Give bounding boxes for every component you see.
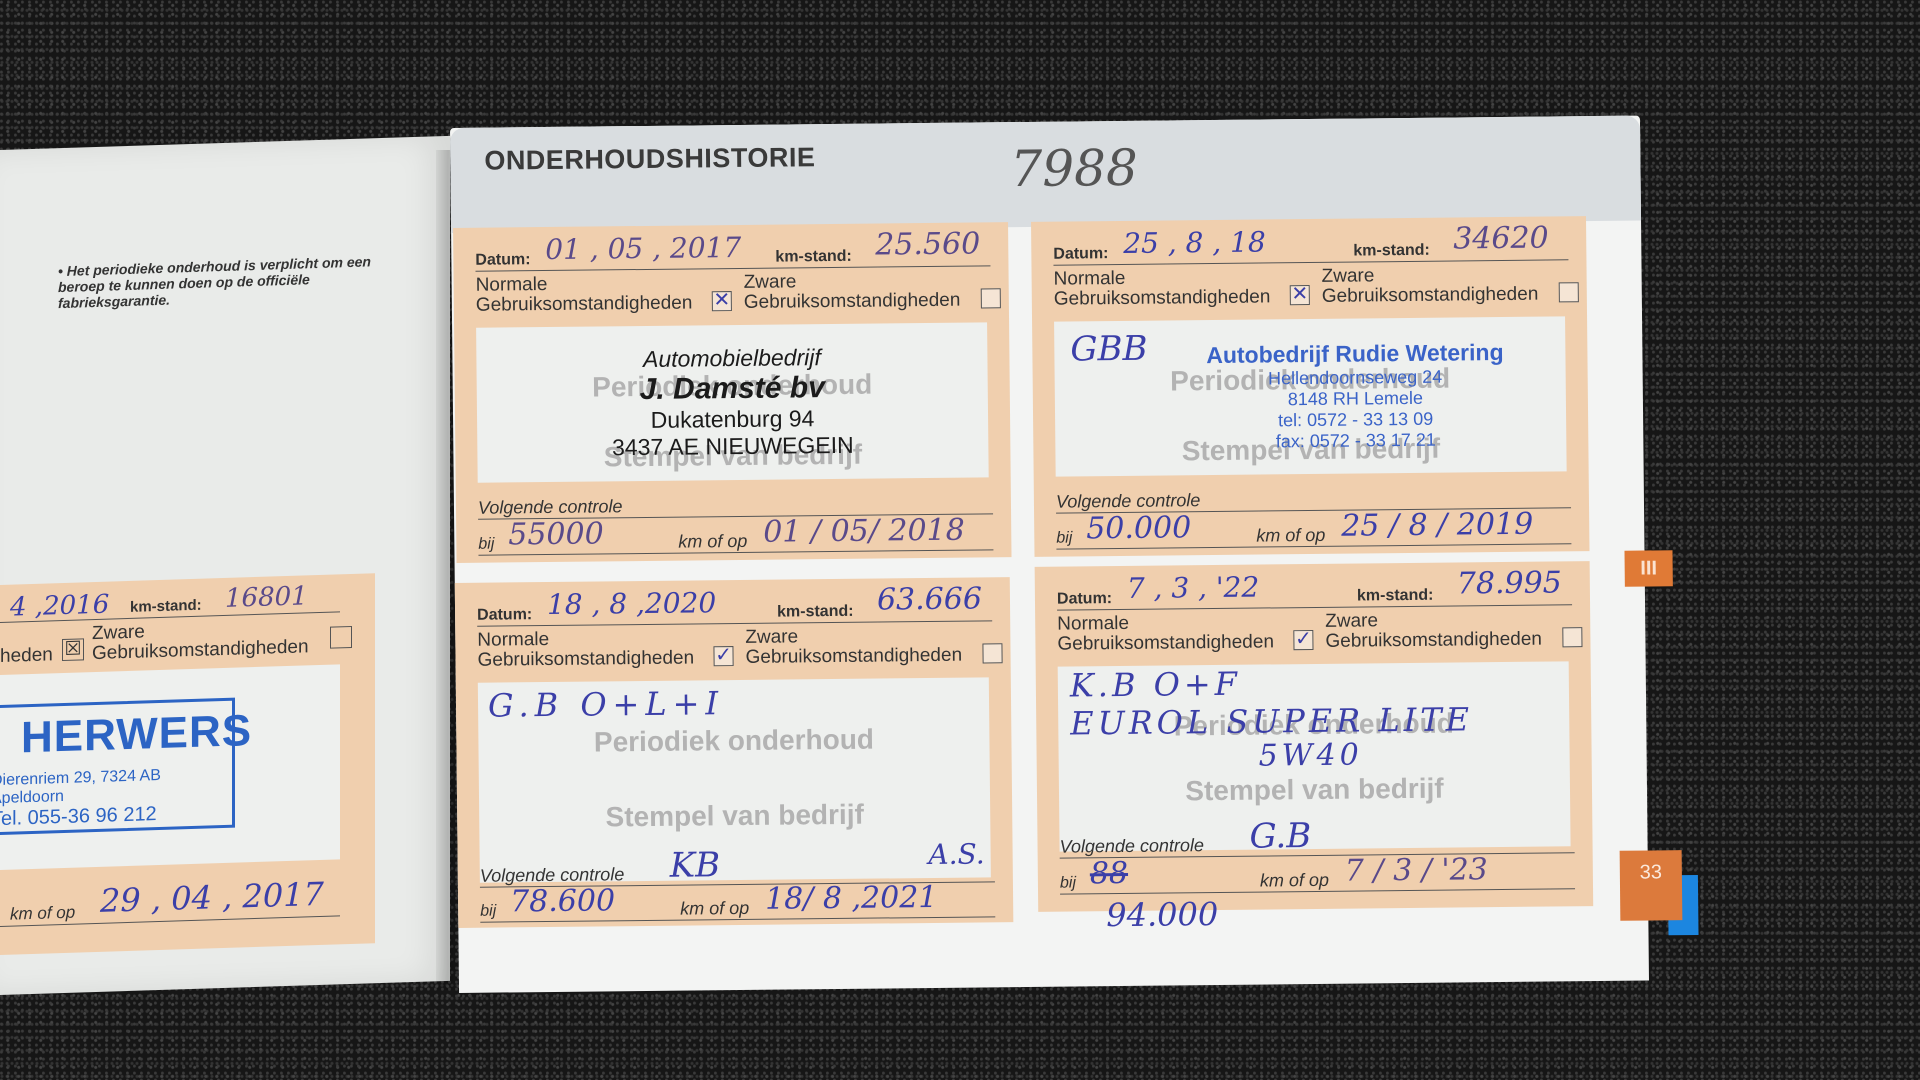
km-stand-label: km-stand: bbox=[1353, 242, 1430, 261]
conditions-row: NormaleGebruiksomstandigheden ✓ ZwareGeb… bbox=[477, 625, 992, 674]
next-date-row: km of op 29 , 04 , 2017 bbox=[0, 874, 340, 927]
date-row: 4 ,2016 km-stand: 16801 bbox=[0, 582, 340, 623]
next-km-crossed-value: 88 bbox=[1090, 856, 1129, 891]
normal-conditions-label: NormaleGebruiksomstandigheden bbox=[1057, 612, 1274, 654]
next-check-label: Volgende controle bbox=[1056, 490, 1201, 513]
handwritten-number: 7988 bbox=[1010, 139, 1138, 198]
heavy-conditions-label: ZwareGebruiksomstandigheden bbox=[744, 271, 961, 313]
conditions-row: NormaleGebruiksomstandigheden ✓ ZwareGeb… bbox=[1057, 609, 1572, 658]
next-km-row: bij 78.600 km of op 18/ 8 ,2021 bbox=[480, 885, 995, 922]
maintenance-entry-3: Datum: 18 , 8 ,2020 km-stand: 63.666 Nor… bbox=[455, 577, 1014, 928]
heavy-conditions-label: ZwareGebruiksomstandigheden bbox=[1325, 610, 1542, 652]
date-row: Datum: 18 , 8 ,2020 km-stand: 63.666 bbox=[477, 587, 992, 626]
km-stand-value: 25.560 bbox=[875, 226, 980, 262]
date-value: 01 , 05 , 2017 bbox=[545, 231, 741, 266]
handwritten-note-line-3: 5W40 bbox=[1258, 737, 1362, 773]
date-label: Datum: bbox=[1057, 590, 1112, 609]
next-check-note: G.B bbox=[1249, 816, 1311, 857]
next-km-row: bij 50.000 km of op 25 / 8 / 2019 bbox=[1056, 512, 1571, 549]
next-km-row: bij 88 km of op 7 / 3 / '23 bbox=[1060, 857, 1575, 894]
maintenance-entry-2: Datum: 25 , 8 , 18 km-stand: 34620 Norma… bbox=[1031, 216, 1589, 557]
watermark-service: Periodiek onderhoud bbox=[478, 722, 989, 759]
date-row: Datum: 01 , 05 , 2017 km-stand: 25.560 bbox=[475, 232, 990, 271]
stamp-company-name: HERWERS bbox=[0, 707, 224, 764]
normal-label-1: Normale bbox=[476, 274, 548, 296]
stamp-area: HERWERS Dierenriem 29, 7324 AB Apeldoorn… bbox=[0, 664, 340, 870]
next-km-value: 55000 bbox=[508, 516, 604, 552]
heavy-conditions-checkbox[interactable] bbox=[982, 643, 1002, 663]
stamp-line-5: fax: 0572 - 33 17 21 bbox=[1145, 428, 1566, 453]
km-stand-label: km-stand: bbox=[130, 597, 202, 616]
date-row: Datum: 25 , 8 , 18 km-stand: 34620 bbox=[1053, 226, 1568, 265]
handwritten-note: G.B O+L+I bbox=[488, 684, 724, 724]
at-label: bij bbox=[1056, 530, 1072, 548]
maintenance-entry-1: Datum: 01 , 05 , 2017 km-stand: 25.560 N… bbox=[453, 222, 1011, 563]
normal-label-2: Gebruiksomstandigheden bbox=[1057, 631, 1274, 654]
heavy-label-2: Gebruiksomstandigheden bbox=[1322, 284, 1539, 307]
normal-label-1: Normale bbox=[1057, 613, 1129, 635]
maintenance-entry-4: Datum: 7 , 3 , '22 km-stand: 78.995 Norm… bbox=[1035, 561, 1594, 912]
km-stand-label: km-stand: bbox=[775, 248, 852, 267]
next-date-value: 18/ 8 ,2021 bbox=[765, 880, 938, 917]
watermark-stamp: Stempel van bedrijf bbox=[479, 797, 990, 834]
heavy-conditions-checkbox[interactable] bbox=[330, 626, 352, 649]
corrected-next-km: 94.000 bbox=[1106, 895, 1218, 934]
km-or-on-label: km of op bbox=[680, 898, 749, 920]
normal-conditions-checkbox[interactable]: ✕ bbox=[712, 291, 732, 311]
page-number-tab: 33 bbox=[1620, 850, 1683, 921]
left-page: • Het periodieke onderhoud is verplicht … bbox=[0, 136, 450, 995]
next-km-row: bij 55000 km of op 01 / 05/ 2018 bbox=[478, 518, 993, 555]
km-or-on-label: km of op bbox=[1256, 525, 1325, 547]
next-date-value: 01 / 05/ 2018 bbox=[763, 513, 965, 550]
page-header: ONDERHOUDSHISTORIE 7988 bbox=[450, 116, 1641, 233]
watermark-stamp: Stempel van bedrijf bbox=[1059, 771, 1570, 808]
normal-conditions-checkbox[interactable]: ✓ bbox=[1293, 630, 1313, 650]
date-label: Datum: bbox=[1053, 245, 1108, 264]
heavy-conditions-checkbox[interactable] bbox=[1559, 282, 1579, 302]
next-check-note: KB bbox=[670, 845, 721, 886]
stamp-area: Periodiek onderhoud Stempel van bedrijf … bbox=[476, 322, 989, 482]
km-stand-value: 34620 bbox=[1453, 221, 1549, 257]
normal-conditions-label: NormaleGebruiksomstandigheden bbox=[477, 628, 694, 670]
herwers-stamp: HERWERS Dierenriem 29, 7324 AB Apeldoorn… bbox=[0, 698, 235, 836]
heavy-label-1: Zware bbox=[92, 622, 145, 643]
conditions-row: NormaleGebruiksomstandigheden ✕ ZwareGeb… bbox=[476, 270, 991, 319]
km-stand-value: 16801 bbox=[225, 581, 308, 614]
damste-stamp: Automobielbedrijf J. Damsté bv Dukatenbu… bbox=[476, 342, 988, 462]
heavy-label-1: Zware bbox=[744, 271, 797, 293]
km-or-on-label: km of op bbox=[678, 531, 747, 553]
normal-label-2: Gebruiksomstandigheden bbox=[1054, 286, 1271, 309]
next-check-label: Volgende controle bbox=[1059, 835, 1204, 858]
normal-conditions-tail: heden bbox=[0, 645, 53, 666]
date-label: Datum: bbox=[475, 251, 530, 270]
next-check-row: Volgende controle G.B bbox=[1059, 823, 1574, 858]
km-stand-value: 78.995 bbox=[1457, 565, 1562, 601]
next-date-value: 25 / 8 / 2019 bbox=[1341, 507, 1533, 544]
date-value: 4 ,2016 bbox=[10, 590, 109, 623]
normal-conditions-label: NormaleGebruiksomstandigheden bbox=[1054, 267, 1271, 309]
stamp-line-4: 3437 AE NIEUWEGEIN bbox=[477, 430, 988, 462]
normal-label-2: Gebruiksomstandigheden bbox=[477, 647, 694, 670]
normal-conditions-checkbox[interactable]: ✓ bbox=[713, 646, 733, 666]
date-row: Datum: 7 , 3 , '22 km-stand: 78.995 bbox=[1057, 571, 1572, 610]
conditions-row: NormaleGebruiksomstandigheden ✕ ZwareGeb… bbox=[1054, 264, 1569, 313]
handwritten-note-line-1: K.B O+F bbox=[1070, 665, 1241, 705]
heavy-label-1: Zware bbox=[1321, 265, 1374, 287]
normal-conditions-checkbox[interactable]: ✕ bbox=[1290, 285, 1310, 305]
next-date-value: 29 , 04 , 2017 bbox=[100, 875, 324, 920]
heavy-conditions-label: ZwareGebruiksomstandigheden bbox=[1322, 265, 1539, 307]
at-label: bij bbox=[1060, 874, 1076, 892]
normal-conditions-checkbox[interactable]: ☒ bbox=[62, 638, 84, 661]
heavy-conditions-checkbox[interactable] bbox=[981, 288, 1001, 308]
heavy-label-2: Gebruiksomstandigheden bbox=[92, 637, 309, 663]
normal-label-1: Normale bbox=[477, 629, 549, 651]
next-km-value: 50.000 bbox=[1086, 510, 1191, 546]
at-label: bij bbox=[480, 903, 496, 921]
warranty-note: • Het periodieke onderhoud is verplicht … bbox=[58, 253, 378, 311]
date-value: 7 , 3 , '22 bbox=[1127, 571, 1260, 605]
date-label: Datum: bbox=[477, 606, 532, 625]
heavy-label-2: Gebruiksomstandigheden bbox=[745, 645, 962, 668]
km-or-on-label: km of op bbox=[10, 903, 75, 925]
next-check-label: Volgende controle bbox=[478, 496, 623, 519]
heavy-label-1: Zware bbox=[1325, 610, 1378, 632]
date-value: 25 , 8 , 18 bbox=[1123, 225, 1266, 259]
stamp-area: Periodiek onderhoud Stempel van bedrijf … bbox=[1054, 316, 1567, 476]
handwritten-note-line-2: EUROL SUPER LITE bbox=[1070, 700, 1473, 742]
km-stand-value: 63.666 bbox=[877, 581, 982, 617]
section-tab[interactable]: III bbox=[1624, 550, 1672, 587]
km-or-on-label: km of op bbox=[1260, 870, 1329, 892]
normal-label-1: Normale bbox=[1054, 268, 1126, 290]
heavy-label-2: Gebruiksomstandigheden bbox=[744, 290, 961, 313]
heavy-label-1: Zware bbox=[745, 626, 798, 648]
handwritten-note: GBB bbox=[1070, 329, 1148, 370]
date-value: 18 , 8 ,2020 bbox=[547, 586, 717, 621]
right-page: ONDERHOUDSHISTORIE 7988 Datum: 01 , 05 ,… bbox=[450, 116, 1649, 993]
page-title: ONDERHOUDSHISTORIE bbox=[484, 142, 815, 176]
next-km-value: 78.600 bbox=[510, 883, 615, 919]
km-stand-label: km-stand: bbox=[777, 603, 854, 622]
heavy-label-2: Gebruiksomstandigheden bbox=[1325, 629, 1542, 652]
normal-label-2: Gebruiksomstandigheden bbox=[476, 292, 693, 315]
notes-area: Periodiek onderhoud Stempel van bedrijf … bbox=[1058, 661, 1571, 851]
stamp-line-1: Autobedrijf Rudie Wetering bbox=[1144, 338, 1565, 369]
heavy-conditions-label: ZwareGebruiksomstandigheden bbox=[745, 626, 962, 668]
next-date-value: 7 / 3 / '23 bbox=[1345, 852, 1488, 888]
at-label: bij bbox=[478, 536, 494, 554]
maintenance-card-left: 4 ,2016 km-stand: 16801 heden ☒ Zware Ge… bbox=[0, 573, 375, 955]
notes-area: Periodiek onderhoud Stempel van bedrijf … bbox=[478, 677, 991, 882]
km-stand-label: km-stand: bbox=[1357, 587, 1434, 606]
heavy-conditions-checkbox[interactable] bbox=[1562, 627, 1582, 647]
normal-conditions-label: NormaleGebruiksomstandigheden bbox=[476, 273, 693, 315]
stamp-line-2: J. Damsté bv bbox=[477, 369, 988, 408]
rudie-wetering-stamp: Autobedrijf Rudie Wetering Hellendoornse… bbox=[1144, 338, 1566, 453]
